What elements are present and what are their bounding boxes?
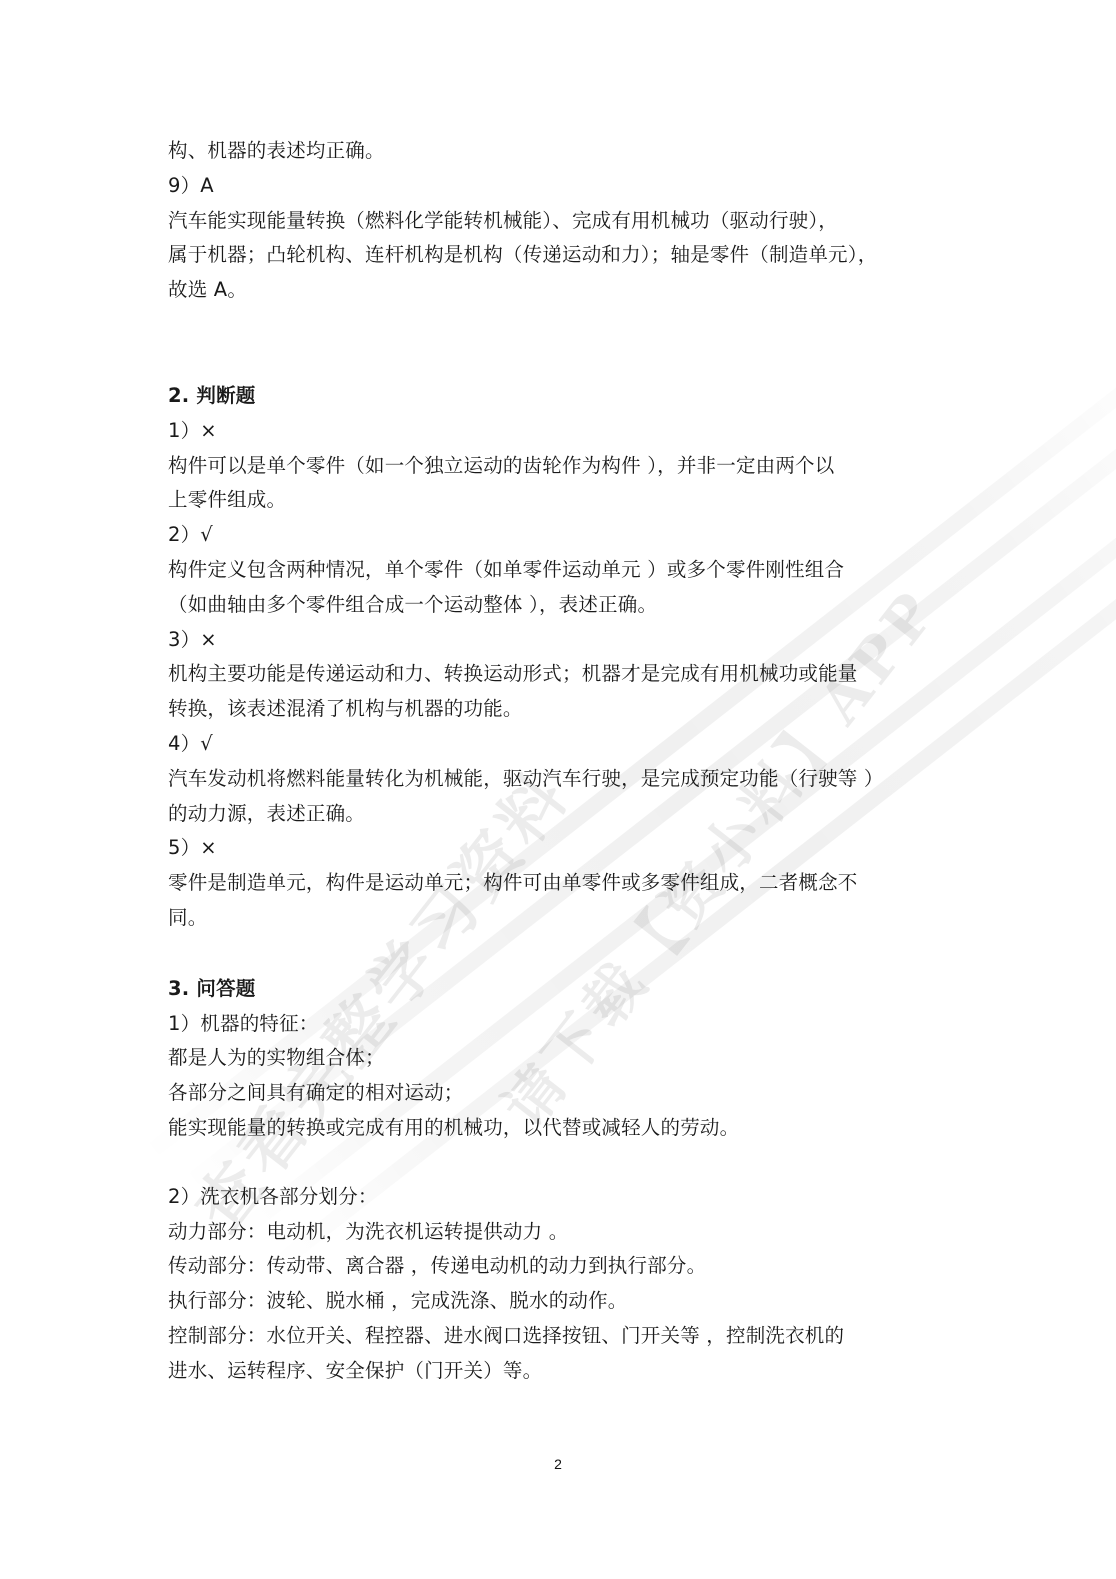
explanation-line: 故选 A。 — [168, 273, 948, 308]
page-number: 2 — [0, 1456, 1116, 1472]
answer-label: 5）× — [168, 831, 948, 866]
question-9: 9）A 汽车能实现能量转换（燃料化学能转机械能）、完成有用机械功（驱动行驶）， … — [168, 169, 948, 308]
answer-label: 4）√ — [168, 727, 948, 762]
answer-line: 各部分之间具有确定的相对运动； — [168, 1076, 948, 1111]
explanation-line: 的动力源，表述正确。 — [168, 797, 948, 832]
answer-line: 进水、运转程序、安全保护（门开关）等。 — [168, 1354, 948, 1389]
answer-line: 控制部分：水位开关、程控器、进水阀口选择按钮、门开关等 ，控制洗衣机的 — [168, 1319, 948, 1354]
explanation-line: 上零件组成。 — [168, 483, 948, 518]
tf-item-3: 3）× 机构主要功能是传递运动和力、转换运动形式；机器才是完成有用机械功或能量 … — [168, 623, 948, 727]
question-title: 1）机器的特征： — [168, 1007, 948, 1042]
tf-item-4: 4）√ 汽车发动机将燃料能量转化为机械能，驱动汽车行驶，是完成预定功能（行驶等 … — [168, 727, 948, 831]
explanation-line: 构件定义包含两种情况，单个零件（如单零件运动单元 ）或多个零件刚性组合 — [168, 553, 948, 588]
document-page: 查看完整学习资料 请下载【资小料】APP 构、机器的表述均正确。 9）A 汽车能… — [0, 0, 1116, 1579]
answer-line: 能实现能量的转换或完成有用的机械功，以代替或减轻人的劳动。 — [168, 1111, 948, 1146]
section-qa: 3. 问答题 1）机器的特征： 都是人为的实物组合体； 各部分之间具有确定的相对… — [168, 972, 948, 1389]
answer-line: 执行部分：波轮、脱水桶 ，完成洗涤、脱水的动作。 — [168, 1284, 948, 1319]
answer-line: 都是人为的实物组合体； — [168, 1041, 948, 1076]
answer-label: 3）× — [168, 623, 948, 658]
explanation-line: 同。 — [168, 901, 948, 936]
answer-line: 动力部分：电动机，为洗衣机运转提供动力 。 — [168, 1215, 948, 1250]
qa-item-2: 2）洗衣机各部分划分： 动力部分：电动机，为洗衣机运转提供动力 。 传动部分：传… — [168, 1180, 948, 1389]
explanation-line: 汽车发动机将燃料能量转化为机械能，驱动汽车行驶，是完成预定功能（行驶等 ） — [168, 762, 948, 797]
tf-item-1: 1）× 构件可以是单个零件（如一个独立运动的齿轮作为构件 ），并非一定由两个以 … — [168, 414, 948, 518]
explanation-line: （如曲轴由多个零件组合成一个运动整体 ），表述正确。 — [168, 588, 948, 623]
answer-line: 传动部分：传动带、离合器 ，传递电动机的动力到执行部分。 — [168, 1249, 948, 1284]
continuation-line: 构、机器的表述均正确。 — [168, 134, 948, 169]
document-body: 构、机器的表述均正确。 9）A 汽车能实现能量转换（燃料化学能转机械能）、完成有… — [168, 134, 948, 1389]
explanation-line: 转换，该表述混淆了机构与机器的功能。 — [168, 692, 948, 727]
spacer — [168, 1146, 948, 1180]
explanation-line: 属于机器；凸轮机构、连杆机构是机构（传递运动和力）；轴是零件（制造单元）， — [168, 238, 948, 273]
section-heading: 2. 判断题 — [168, 379, 948, 414]
question-title: 2）洗衣机各部分划分： — [168, 1180, 948, 1215]
answer-label: 9）A — [168, 169, 948, 204]
answer-label: 2）√ — [168, 518, 948, 553]
qa-item-1: 1）机器的特征： 都是人为的实物组合体； 各部分之间具有确定的相对运动； 能实现… — [168, 1007, 948, 1146]
spacer — [168, 308, 948, 377]
answer-label: 1）× — [168, 414, 948, 449]
explanation-line: 零件是制造单元，构件是运动单元；构件可由单零件或多零件组成，二者概念不 — [168, 866, 948, 901]
explanation-line: 机构主要功能是传递运动和力、转换运动形式；机器才是完成有用机械功或能量 — [168, 657, 948, 692]
explanation-line: 汽车能实现能量转换（燃料化学能转机械能）、完成有用机械功（驱动行驶）， — [168, 204, 948, 239]
tf-item-5: 5）× 零件是制造单元，构件是运动单元；构件可由单零件或多零件组成，二者概念不 … — [168, 831, 948, 935]
section-heading: 3. 问答题 — [168, 972, 948, 1007]
spacer — [168, 936, 948, 970]
section-true-false: 2. 判断题 1）× 构件可以是单个零件（如一个独立运动的齿轮作为构件 ），并非… — [168, 379, 948, 936]
tf-item-2: 2）√ 构件定义包含两种情况，单个零件（如单零件运动单元 ）或多个零件刚性组合 … — [168, 518, 948, 622]
explanation-line: 构件可以是单个零件（如一个独立运动的齿轮作为构件 ），并非一定由两个以 — [168, 449, 948, 484]
